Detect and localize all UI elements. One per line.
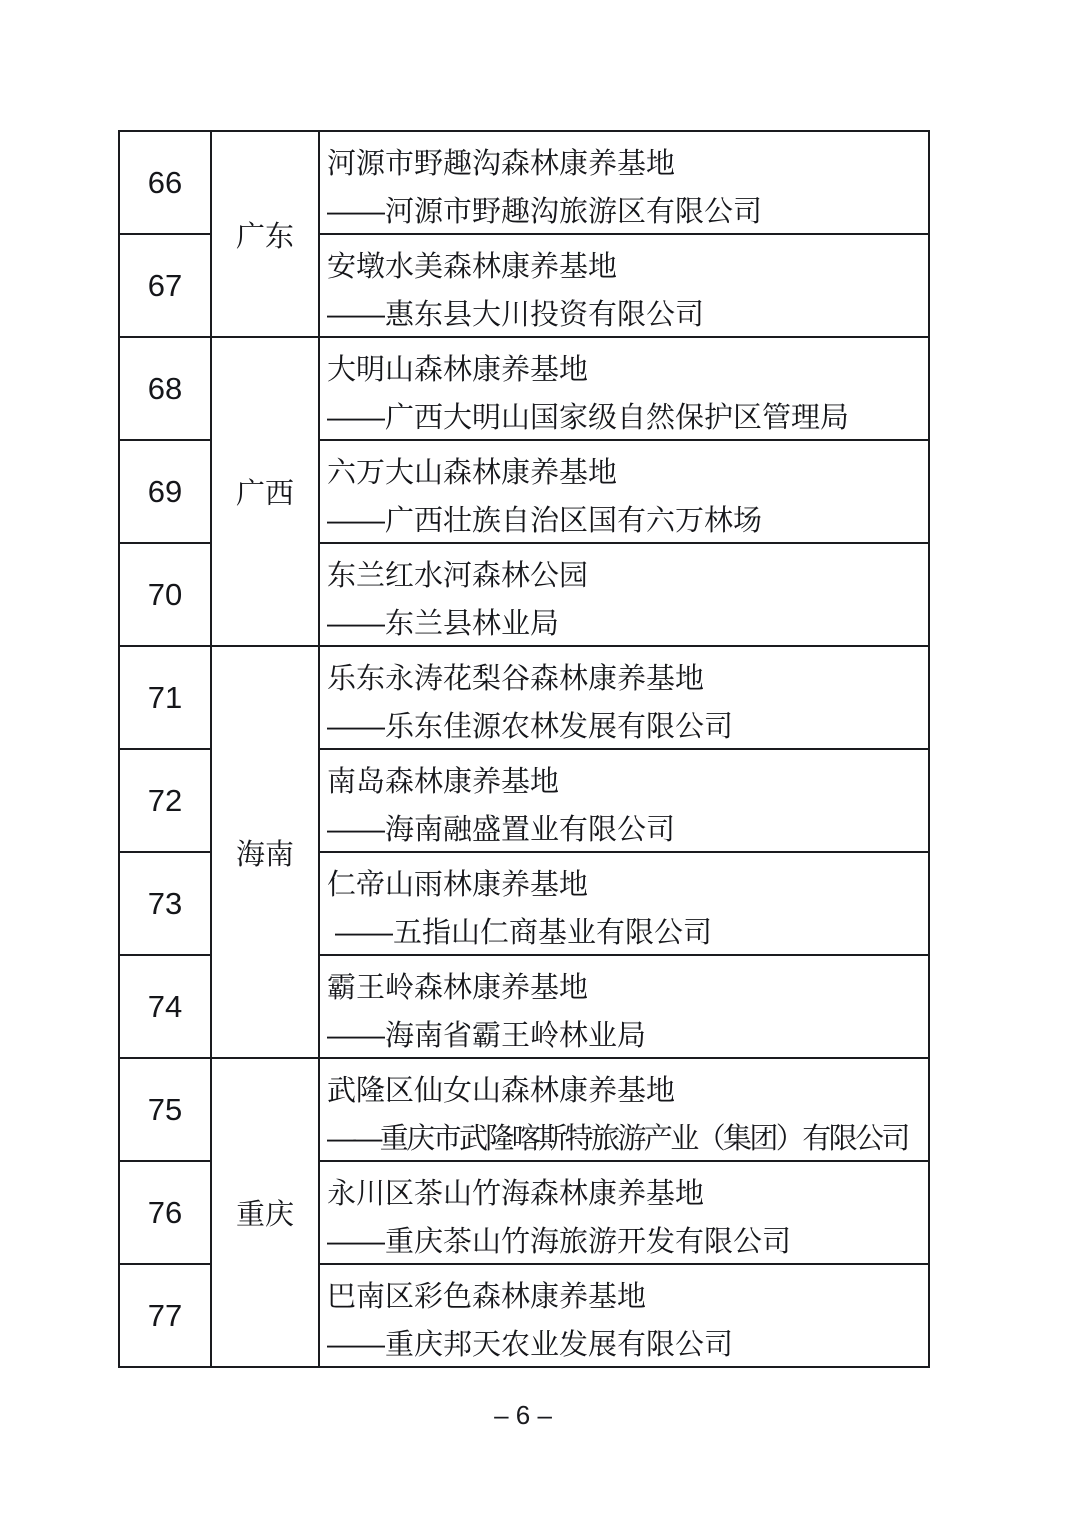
- base-cell: 武隆区仙女山森林康养基地 ——重庆市武隆喀斯特旅游产业（集团）有限公司: [319, 1058, 929, 1161]
- table-row: 66 广东 河源市野趣沟森林康养基地 ——河源市野趣沟旅游区有限公司: [119, 131, 929, 234]
- row-number: 71: [119, 646, 211, 749]
- row-number: 72: [119, 749, 211, 852]
- operator-name: ——五指山仁商基业有限公司: [327, 906, 924, 954]
- base-name: 霸王岭森林康养基地: [327, 961, 924, 1009]
- base-name: 巴南区彩色森林康养基地: [327, 1270, 924, 1318]
- operator-name: ——河源市野趣沟旅游区有限公司: [327, 185, 924, 233]
- base-cell: 巴南区彩色森林康养基地 ——重庆邦天农业发展有限公司: [319, 1264, 929, 1367]
- base-cell: 南岛森林康养基地 ——海南融盛置业有限公司: [319, 749, 929, 852]
- operator-name: ——重庆邦天农业发展有限公司: [327, 1318, 924, 1366]
- table-row: 68 广西 大明山森林康养基地 ——广西大明山国家级自然保护区管理局: [119, 337, 929, 440]
- province-cell-guangdong: 广东: [211, 131, 319, 337]
- province-cell-chongqing: 重庆: [211, 1058, 319, 1367]
- table-row: 75 重庆 武隆区仙女山森林康养基地 ——重庆市武隆喀斯特旅游产业（集团）有限公…: [119, 1058, 929, 1161]
- province-cell-guangxi: 广西: [211, 337, 319, 646]
- row-number: 77: [119, 1264, 211, 1367]
- document-page: 66 广东 河源市野趣沟森林康养基地 ——河源市野趣沟旅游区有限公司 67 安墩…: [0, 0, 1080, 1528]
- base-name: 六万大山森林康养基地: [327, 446, 924, 494]
- row-number: 76: [119, 1161, 211, 1264]
- table-row: 71 海南 乐东永涛花梨谷森林康养基地 ——乐东佳源农林发展有限公司: [119, 646, 929, 749]
- base-name: 河源市野趣沟森林康养基地: [327, 137, 924, 185]
- base-cell: 永川区茶山竹海森林康养基地 ——重庆茶山竹海旅游开发有限公司: [319, 1161, 929, 1264]
- base-cell: 安墩水美森林康养基地 ——惠东县大川投资有限公司: [319, 234, 929, 337]
- row-number: 70: [119, 543, 211, 646]
- row-number: 68: [119, 337, 211, 440]
- base-cell: 六万大山森林康养基地 ——广西壮族自治区国有六万林场: [319, 440, 929, 543]
- operator-name: ——惠东县大川投资有限公司: [327, 288, 924, 336]
- base-name: 大明山森林康养基地: [327, 343, 924, 391]
- forest-wellness-bases-table: 66 广东 河源市野趣沟森林康养基地 ——河源市野趣沟旅游区有限公司 67 安墩…: [118, 130, 930, 1368]
- page-footer: – 6 –: [118, 1400, 928, 1431]
- base-name: 武隆区仙女山森林康养基地: [327, 1064, 924, 1112]
- base-cell: 霸王岭森林康养基地 ——海南省霸王岭林业局: [319, 955, 929, 1058]
- base-cell: 大明山森林康养基地 ——广西大明山国家级自然保护区管理局: [319, 337, 929, 440]
- base-name: 南岛森林康养基地: [327, 755, 924, 803]
- operator-name: ——乐东佳源农林发展有限公司: [327, 700, 924, 748]
- operator-name: ——海南省霸王岭林业局: [327, 1009, 924, 1057]
- row-number: 75: [119, 1058, 211, 1161]
- base-cell: 乐东永涛花梨谷森林康养基地 ——乐东佳源农林发展有限公司: [319, 646, 929, 749]
- operator-name: ——重庆茶山竹海旅游开发有限公司: [327, 1215, 924, 1263]
- operator-name: ——海南融盛置业有限公司: [327, 803, 924, 851]
- operator-name: ——广西大明山国家级自然保护区管理局: [327, 391, 924, 439]
- row-number: 67: [119, 234, 211, 337]
- row-number: 69: [119, 440, 211, 543]
- operator-name: ——重庆市武隆喀斯特旅游产业（集团）有限公司: [327, 1112, 924, 1160]
- base-name: 东兰红水河森林公园: [327, 549, 924, 597]
- row-number: 66: [119, 131, 211, 234]
- base-name: 安墩水美森林康养基地: [327, 240, 924, 288]
- row-number: 74: [119, 955, 211, 1058]
- base-name: 永川区茶山竹海森林康养基地: [327, 1167, 924, 1215]
- base-cell: 东兰红水河森林公园 ——东兰县林业局: [319, 543, 929, 646]
- base-name: 仁帝山雨林康养基地: [327, 858, 924, 906]
- base-name: 乐东永涛花梨谷森林康养基地: [327, 652, 924, 700]
- base-cell: 仁帝山雨林康养基地 ——五指山仁商基业有限公司: [319, 852, 929, 955]
- province-cell-hainan: 海南: [211, 646, 319, 1058]
- base-cell: 河源市野趣沟森林康养基地 ——河源市野趣沟旅游区有限公司: [319, 131, 929, 234]
- operator-name: ——广西壮族自治区国有六万林场: [327, 494, 924, 542]
- row-number: 73: [119, 852, 211, 955]
- operator-name: ——东兰县林业局: [327, 597, 924, 645]
